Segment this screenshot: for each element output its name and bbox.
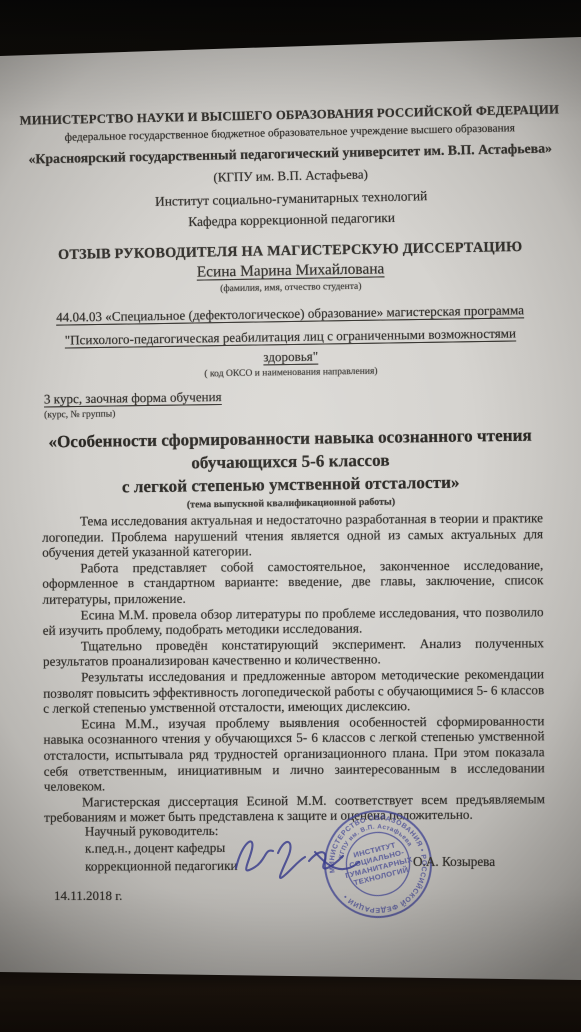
review-heading: ОТЗЫВ РУКОВОДИТЕЛЯ НА МАГИСТЕРСКУЮ ДИССЕ… — [0, 237, 581, 298]
body-paragraph: Тщательно проведён констатирующий экспер… — [43, 635, 544, 670]
photo-background: МИНИСТЕРСТВО НАУКИ И ВЫСШЕГО ОБРАЗОВАНИЯ… — [0, 0, 581, 1032]
review-body: Тема исследования актуальная и недостато… — [42, 510, 545, 825]
course-block: 3 курс, заочная форма обучения (курс, № … — [44, 385, 541, 421]
document-paper: МИНИСТЕРСТВО НАУКИ И ВЫСШЕГО ОБРАЗОВАНИЯ… — [0, 0, 581, 1032]
body-paragraph: Тема исследования актуальная и недостато… — [42, 510, 543, 560]
body-paragraph: Работа представляет собой самостоятельно… — [42, 557, 543, 607]
body-paragraph: Есина М.М. провела обзор литературы по п… — [43, 604, 544, 639]
letterhead: МИНИСТЕРСТВО НАУКИ И ВЫСШЕГО ОБРАЗОВАНИЯ… — [0, 101, 581, 234]
program-code-line: 44.04.03 «Специальное (дефектологическое… — [0, 301, 581, 326]
supervisor-name: О.А. Козырева — [413, 854, 495, 870]
review-date: 14.11.2018 г. — [54, 888, 122, 904]
body-paragraph: Есина М.М., изучая проблему выявления ос… — [43, 713, 545, 794]
body-paragraph: Результаты исследования и предложенные а… — [43, 666, 544, 716]
program-block: 44.04.03 «Специальное (дефектологическое… — [0, 301, 581, 382]
body-paragraph: Магистерская диссертация Есиной М.М. соо… — [44, 791, 545, 826]
handwritten-signature — [228, 822, 368, 892]
thesis-title-block: «Особенности сформированности навыка осо… — [0, 424, 581, 513]
